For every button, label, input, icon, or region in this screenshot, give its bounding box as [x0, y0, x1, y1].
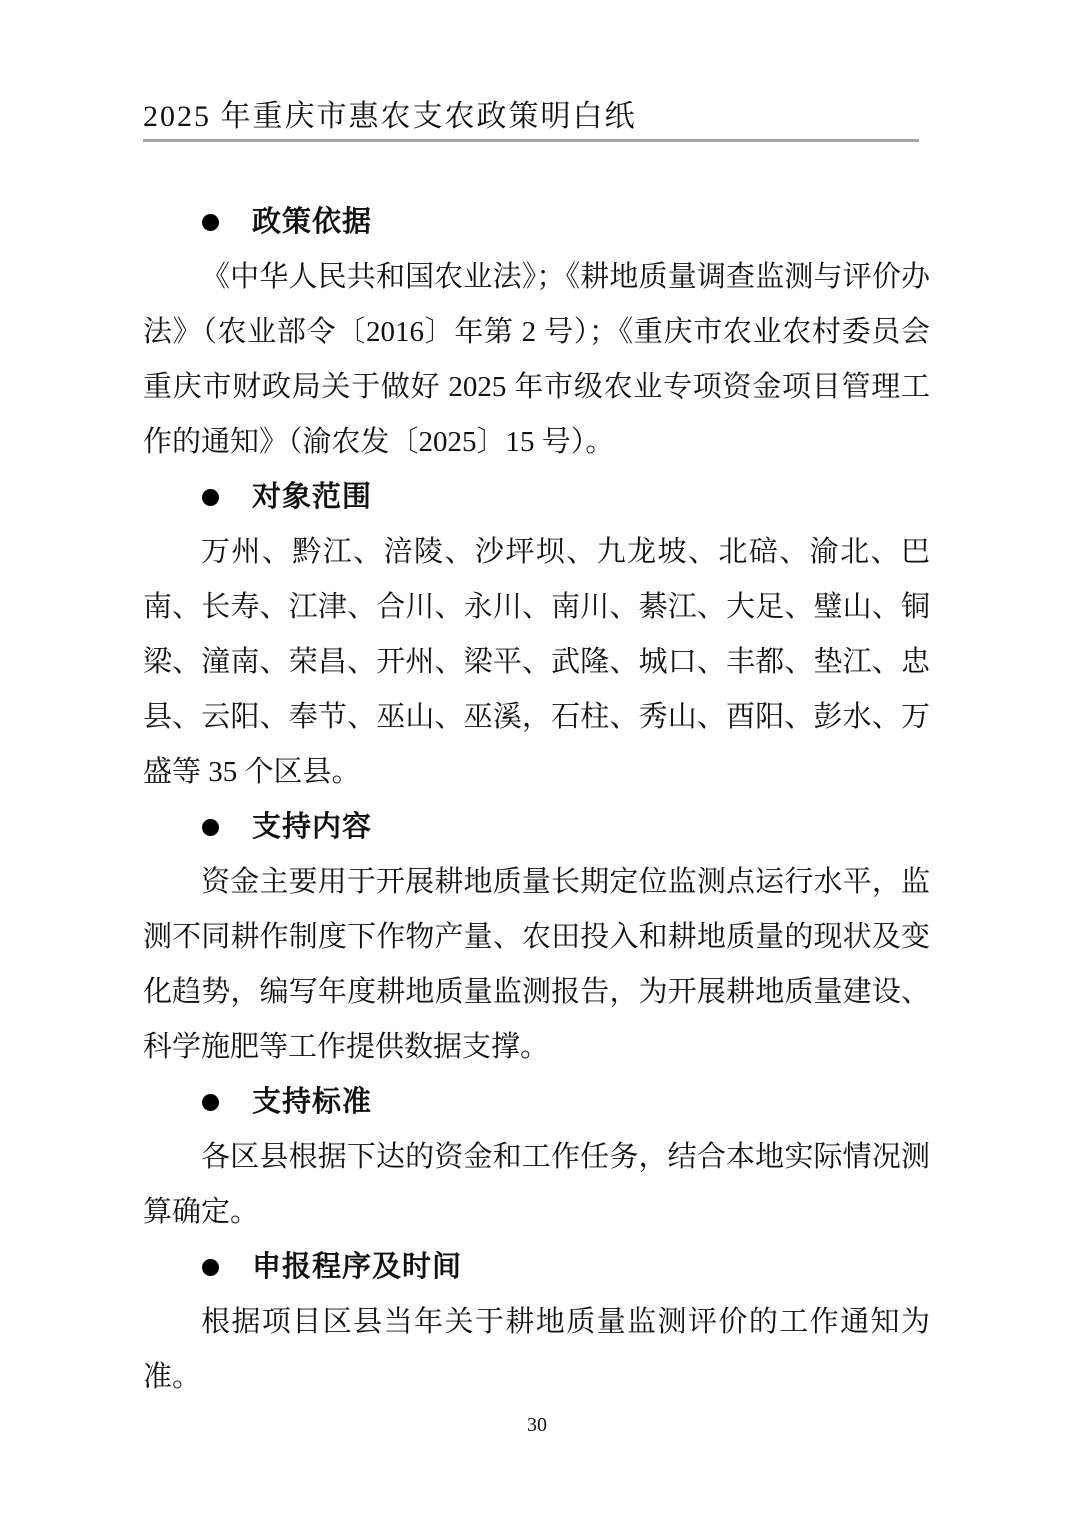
section-heading: 申报程序及时间: [143, 1240, 930, 1295]
bullet-icon: [202, 819, 219, 836]
document-content: 政策依据 《中华人民共和国农业法》；《耕地质量调查监测与评价办法》（农业部令〔2…: [143, 195, 930, 1405]
section-heading: 政策依据: [143, 195, 930, 250]
bullet-icon: [202, 214, 219, 231]
page-header: 2025 年重庆市惠农支农政策明白纸: [143, 96, 930, 142]
section-heading: 支持内容: [143, 800, 930, 855]
section-support-standard: 支持标准 各区县根据下达的资金和工作任务，结合本地实际情况测算确定。: [143, 1075, 930, 1240]
section-heading-label: 申报程序及时间: [252, 1240, 462, 1295]
section-heading: 对象范围: [143, 470, 930, 525]
section-support-content: 支持内容 资金主要用于开展耕地质量长期定位监测点运行水平，监测不同耕作制度下作物…: [143, 800, 930, 1075]
document-page: 2025 年重庆市惠农支农政策明白纸 政策依据 《中华人民共和国农业法》；《耕地…: [0, 0, 1074, 1520]
page-footer: 30: [0, 1411, 1074, 1439]
section-heading-label: 支持标准: [252, 1075, 372, 1130]
page-header-title: 2025 年重庆市惠农支农政策明白纸: [143, 96, 930, 137]
section-body-text: 根据项目区县当年关于耕地质量监测评价的工作通知为准。: [143, 1295, 930, 1405]
section-body-text: 万州、黔江、涪陵、沙坪坝、九龙坡、北碚、渝北、巴南、长寿、江津、合川、永川、南川…: [143, 525, 930, 800]
section-heading-label: 支持内容: [252, 800, 372, 855]
section-policy-basis: 政策依据 《中华人民共和国农业法》；《耕地质量调查监测与评价办法》（农业部令〔2…: [143, 195, 930, 470]
bullet-icon: [202, 489, 219, 506]
bullet-icon: [202, 1094, 219, 1111]
section-heading-label: 对象范围: [252, 470, 372, 525]
page-number: 30: [527, 1414, 547, 1436]
bullet-icon: [202, 1259, 219, 1276]
section-body-text: 《中华人民共和国农业法》；《耕地质量调查监测与评价办法》（农业部令〔2016〕年…: [143, 250, 930, 470]
section-target-scope: 对象范围 万州、黔江、涪陵、沙坪坝、九龙坡、北碚、渝北、巴南、长寿、江津、合川、…: [143, 470, 930, 800]
section-body-text: 各区县根据下达的资金和工作任务，结合本地实际情况测算确定。: [143, 1130, 930, 1240]
section-heading: 支持标准: [143, 1075, 930, 1130]
section-heading-label: 政策依据: [252, 195, 372, 250]
section-body-text: 资金主要用于开展耕地质量长期定位监测点运行水平，监测不同耕作制度下作物产量、农田…: [143, 855, 930, 1075]
section-application-procedure: 申报程序及时间 根据项目区县当年关于耕地质量监测评价的工作通知为准。: [143, 1240, 930, 1405]
header-rule: [143, 139, 919, 142]
